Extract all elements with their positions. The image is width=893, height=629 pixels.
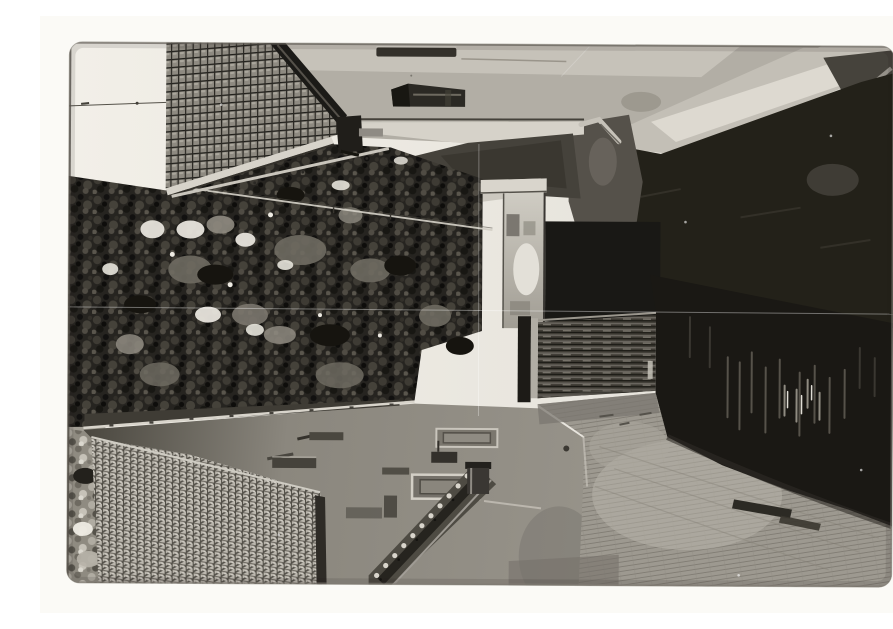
postcard-photo: pale overexposed sky along the left edge… bbox=[40, 16, 893, 613]
postcard-scan: pale overexposed sky along the left edge… bbox=[40, 16, 893, 613]
photo-emulsion: pale overexposed sky along the left edge… bbox=[66, 42, 893, 608]
